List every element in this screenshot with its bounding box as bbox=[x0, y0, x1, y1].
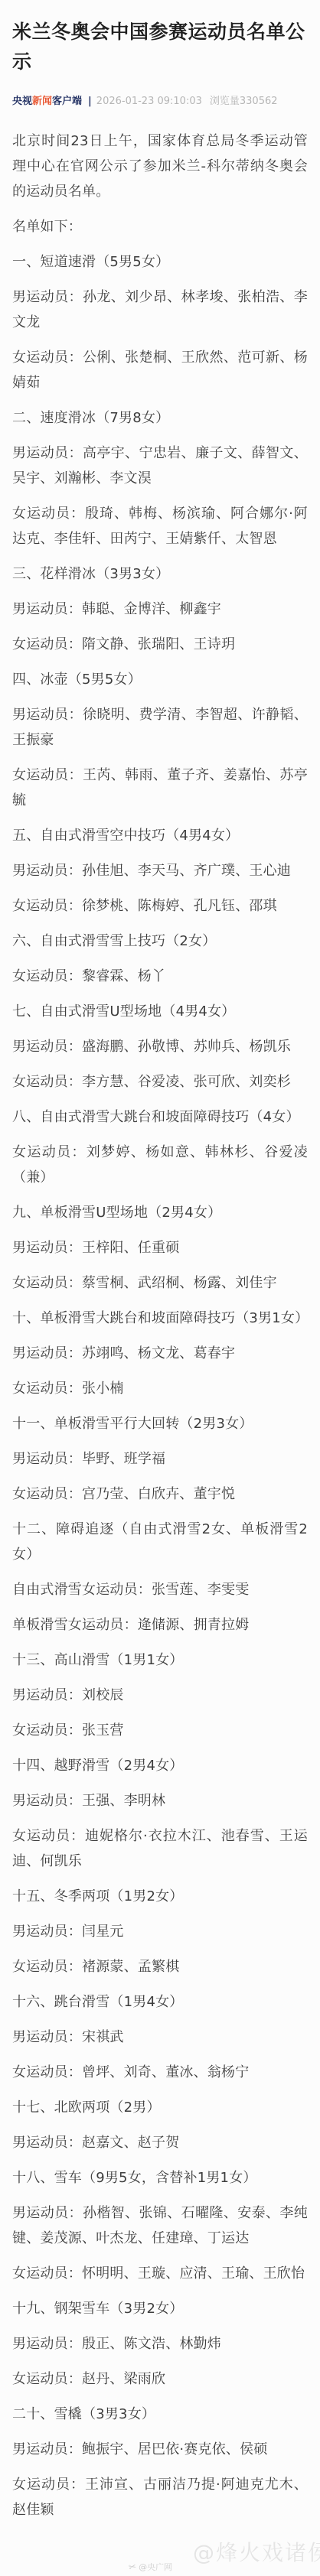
athlete-line: 女运动员：徐梦桃、陈梅婷、孔凡钰、邵琪 bbox=[12, 893, 308, 919]
section-heading-5: 五、自由式滑雪空中技巧（4男4女） bbox=[12, 823, 308, 848]
athlete-line: 单板滑雪女运动员：逄储源、拥青拉姆 bbox=[12, 1612, 308, 1638]
section-heading-17: 十七、北欧两项（2男） bbox=[12, 2095, 308, 2120]
watermark-source-label: @央广网 bbox=[139, 2561, 172, 2573]
athlete-line: 女运动员：黎睿霖、杨丫 bbox=[12, 964, 308, 989]
section-heading-1: 一、短道速滑（5男5女） bbox=[12, 249, 308, 275]
athlete-line: 男运动员：王梓阳、任重硕 bbox=[12, 1235, 308, 1260]
athlete-line: 女运动员：蔡雪桐、武绍桐、杨露、刘佳宇 bbox=[12, 1270, 308, 1296]
source-brand-client: 客户端 bbox=[52, 96, 82, 107]
athlete-line: 女运动员：王芮、韩雨、董子齐、姜嘉怡、苏亭毓 bbox=[12, 763, 308, 813]
intro-paragraph: 北京时间23日上午，国家体育总局冬季运动管理中心在官网公示了参加米兰-科尔蒂纳冬… bbox=[12, 128, 308, 204]
athlete-line: 女运动员：王沛宣、古丽洁乃提·阿迪克尤木、赵佳颖 bbox=[12, 2472, 308, 2522]
athlete-line: 男运动员：赵嘉文、赵子贺 bbox=[12, 2130, 308, 2155]
section-heading-13: 十三、高山滑雪（1男1女） bbox=[12, 1647, 308, 1673]
section-heading-6: 六、自由式滑雪雪上技巧（2女） bbox=[12, 929, 308, 954]
athlete-line: 女运动员：赵丹、梁雨欣 bbox=[12, 2366, 308, 2392]
athlete-line: 男运动员：盛海鹏、孙敬博、苏帅兵、杨凯乐 bbox=[12, 1034, 308, 1059]
source-brand-news: 新闻 bbox=[32, 96, 52, 107]
athlete-line: 女运动员：张小楠 bbox=[12, 1376, 308, 1401]
section-heading-14: 十四、越野滑雪（2男4女） bbox=[12, 1753, 308, 1778]
section-heading-20: 二十、雪橇（3男3女） bbox=[12, 2402, 308, 2427]
athlete-line: 女运动员：曾坪、刘奇、董冰、翁杨宁 bbox=[12, 2060, 308, 2085]
athlete-line: 女运动员：宫乃莹、白欣卉、董宇悦 bbox=[12, 1482, 308, 1507]
athlete-line: 男运动员：毕野、班学福 bbox=[12, 1446, 308, 1472]
athlete-line: 男运动员：徐晓明、费学清、李智超、许静韬、王振豪 bbox=[12, 702, 308, 753]
athlete-line: 男运动员：孙龙、刘少昂、林孝埈、张柏浩、李文龙 bbox=[12, 285, 308, 335]
publish-datetime: 2026-01-23 09:10:03 bbox=[96, 96, 202, 107]
section-heading-8: 八、自由式滑雪大跳台和坡面障碍技巧（4女） bbox=[12, 1104, 308, 1130]
athlete-line: 男运动员：王强、李明林 bbox=[12, 1788, 308, 1813]
athlete-line: 男运动员：韩聪、金博洋、柳鑫宇 bbox=[12, 597, 308, 622]
athlete-line: 男运动员：宋祺武 bbox=[12, 2025, 308, 2050]
source-brand[interactable]: 央视新闻客户端 bbox=[12, 96, 82, 107]
watermark-author: @烽火戏诸侯 bbox=[193, 2536, 320, 2567]
meta-separator: | bbox=[88, 96, 92, 107]
athlete-line: 男运动员：闫星元 bbox=[12, 1919, 308, 1944]
athlete-line: 男运动员：刘校辰 bbox=[12, 1683, 308, 1708]
athlete-line: 女运动员：怀明明、王璇、应清、王瑜、王欣怡 bbox=[12, 2261, 308, 2286]
section-heading-15: 十五、冬季两项（1男2女） bbox=[12, 1884, 308, 1909]
article-meta: 央视新闻客户端|2026-01-23 09:10:03浏览量330562 bbox=[12, 95, 308, 109]
view-count: 浏览量330562 bbox=[210, 96, 278, 107]
athlete-line: 男运动员：鲍振宇、居巴依·赛克依、侯硕 bbox=[12, 2437, 308, 2462]
section-heading-19: 十九、钢架雪车（3男2女） bbox=[12, 2296, 308, 2321]
section-heading-7: 七、自由式滑雪U型场地（4男4女） bbox=[12, 999, 308, 1024]
athlete-line: 女运动员：张玉营 bbox=[12, 1718, 308, 1743]
list-label: 名单如下： bbox=[12, 214, 308, 239]
athlete-line: 女运动员：刘梦婷、杨如意、韩林杉、谷爱凌（兼） bbox=[12, 1140, 308, 1190]
athlete-line: 男运动员：孙佳旭、李天马、齐广璞、王心迪 bbox=[12, 858, 308, 883]
athlete-line: 女运动员：殷琦、韩梅、杨滨瑜、阿合娜尔·阿达克、李佳轩、田芮宁、王婧紫仟、太智恩 bbox=[12, 501, 308, 551]
athlete-line: 男运动员：殷正、陈文浩、林勤炜 bbox=[12, 2331, 308, 2356]
section-heading-2: 二、速度滑冰（7男8女） bbox=[12, 405, 308, 431]
athlete-line: 女运动员：迪妮格尔·衣拉木江、池春雪、王运迪、何凯乐 bbox=[12, 1823, 308, 1874]
athlete-line: 女运动员：公俐、张楚桐、王欣然、范可新、杨婧茹 bbox=[12, 345, 308, 395]
section-heading-9: 九、单板滑雪U型场地（2男4女） bbox=[12, 1200, 308, 1225]
athlete-line: 男运动员：苏翊鸣、杨文龙、葛春宇 bbox=[12, 1341, 308, 1366]
section-heading-18: 十八、雪车（9男5女，含替补1男1女） bbox=[12, 2165, 308, 2191]
watermark-source: ✂ @央广网 bbox=[129, 2561, 172, 2573]
cnr-logo-icon: ✂ bbox=[128, 2561, 138, 2573]
athlete-line: 女运动员：隋文静、张瑞阳、王诗玥 bbox=[12, 632, 308, 657]
athlete-line: 自由式滑雪女运动员：张雪莲、李雯雯 bbox=[12, 1577, 308, 1602]
source-brand-cctv: 央视 bbox=[12, 96, 32, 107]
section-heading-3: 三、花样滑冰（3男3女） bbox=[12, 561, 308, 587]
section-heading-16: 十六、跳台滑雪（1男4女） bbox=[12, 1989, 308, 2015]
athlete-line: 男运动员：高亭宇、宁忠岩、廉子文、薛智文、吴宇、刘瀚彬、李文淏 bbox=[12, 441, 308, 491]
section-heading-11: 十一、单板滑雪平行大回转（2男3女） bbox=[12, 1411, 308, 1436]
section-heading-12: 十二、障碍追逐（自由式滑雪2女、单板滑雪2女） bbox=[12, 1517, 308, 1567]
article-page: 米兰冬奥会中国参赛运动员名单公示 央视新闻客户端|2026-01-23 09:1… bbox=[0, 0, 320, 2576]
athlete-line: 女运动员：褚源蒙、孟繁棋 bbox=[12, 1954, 308, 1979]
page-title: 米兰冬奥会中国参赛运动员名单公示 bbox=[12, 17, 308, 76]
section-heading-10: 十、单板滑雪大跳台和坡面障碍技巧（3男1女） bbox=[12, 1306, 308, 1331]
section-heading-4: 四、冰壶（5男5女） bbox=[12, 667, 308, 692]
roster-sections: 一、短道速滑（5男5女）男运动员：孙龙、刘少昂、林孝埈、张柏浩、李文龙女运动员：… bbox=[12, 249, 308, 2522]
athlete-line: 女运动员：李方慧、谷爱凌、张可欣、刘奕杉 bbox=[12, 1069, 308, 1094]
athlete-line: 男运动员：孙楷智、张锦、石曜隆、安泰、李纯键、姜茂源、叶杰龙、任建璋、丁运达 bbox=[12, 2200, 308, 2251]
